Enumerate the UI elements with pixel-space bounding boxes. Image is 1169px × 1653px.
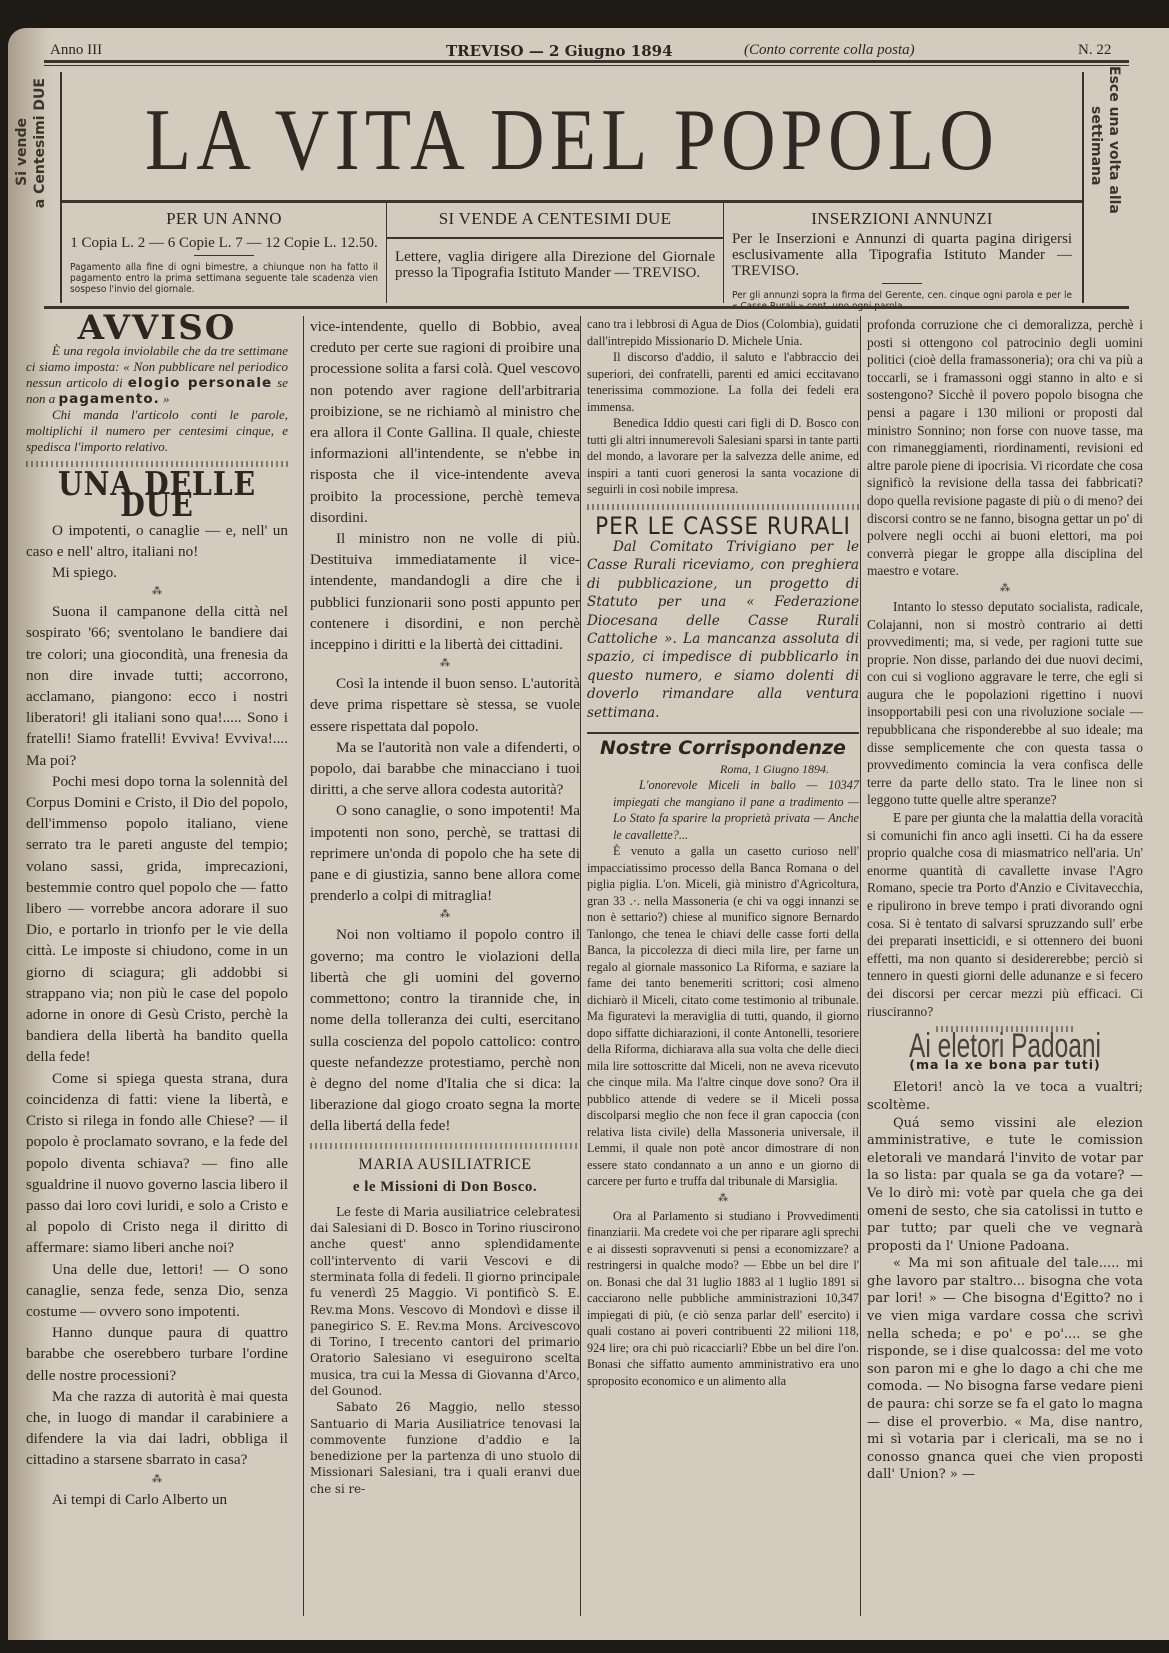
column-2: vice-intendente, quello di Bobbio, avea … bbox=[303, 316, 580, 1616]
article-heading-una-delle-due: UNA DELLE DUE bbox=[44, 473, 269, 515]
side-note-right-line2: settimana bbox=[1088, 106, 1104, 185]
paragraph: Mi spiego. bbox=[26, 562, 288, 583]
asterism-icon: ⁂ bbox=[587, 1194, 859, 1204]
newspaper-title: LA VITA DEL POPOLO bbox=[133, 90, 1010, 191]
article-heading-corrispondenze: Nostre Corrispondenze bbox=[587, 732, 859, 757]
article-heading-eletori-padoani: Ai eletori Padoani bbox=[906, 1038, 1105, 1056]
paragraph: Benedica Iddio questi cari figli di D. B… bbox=[587, 415, 859, 498]
side-note-right-line1: Esce una volta alla bbox=[1106, 66, 1122, 214]
paragraph: cano tra i lebbrosi di Agua de Dios (Col… bbox=[587, 316, 859, 349]
paragraph: O impotenti, o canaglie — e, nell' un ca… bbox=[26, 520, 288, 562]
paragraph: « Ma mi son afituale del tale..... mi gh… bbox=[867, 1255, 1143, 1484]
column-3: cano tra i lebbrosi di Agua de Dios (Col… bbox=[580, 316, 859, 1616]
paragraph: Pochi mesi dopo torna la solennità del C… bbox=[26, 771, 288, 1068]
issue-number: N. 22 bbox=[1078, 42, 1111, 59]
asterism-icon: ⁂ bbox=[867, 584, 1143, 594]
asterism-icon: ⁂ bbox=[26, 1475, 288, 1485]
sale-text: Lettere, vaglia dirigere alla Direzione … bbox=[387, 249, 723, 281]
sale-heading: SI VENDE A CENTESIMI DUE bbox=[387, 209, 723, 239]
info-bar: PER UN ANNO 1 Copia L. 2 — 6 Copie L. 7 … bbox=[60, 200, 1084, 303]
paragraph: profonda corruzione che ci demoralizza, … bbox=[867, 316, 1143, 580]
side-note-left: Si vende a Centesimi DUE bbox=[12, 78, 56, 308]
divider bbox=[194, 255, 254, 256]
paragraph: Noi non voltiamo il popolo contro il gov… bbox=[310, 924, 580, 1136]
top-rule bbox=[44, 60, 1129, 66]
paragraph: Una delle due, lettori! — O sono canagli… bbox=[26, 1259, 288, 1323]
asterism-icon: ⁂ bbox=[310, 659, 580, 669]
wavy-divider bbox=[310, 1143, 580, 1149]
paragraph: Ora al Parlamento si studiano i Provvedi… bbox=[587, 1208, 859, 1390]
subscription-prices: 1 Copia L. 2 — 6 Copie L. 7 — 12 Copie L… bbox=[62, 235, 386, 251]
ads-note: Per gli annunzi sopra la firma del Geren… bbox=[724, 288, 1080, 314]
paragraph: Eletori! ancò la ve toca a vualtri; scol… bbox=[867, 1079, 1143, 1114]
divider bbox=[882, 283, 922, 284]
subscription-note: Pagamento alla fine di ogni bimestre, a … bbox=[62, 260, 386, 297]
wavy-divider bbox=[587, 504, 859, 510]
postal-note: (Conto corrente colla posta) bbox=[744, 42, 915, 59]
paragraph: Ai tempi di Carlo Alberto un bbox=[26, 1489, 288, 1510]
paragraph: Ma che razza di autorità è mai questa ch… bbox=[26, 1386, 288, 1471]
paragraph: Hanno dunque paura di quattro barabbe ch… bbox=[26, 1322, 288, 1386]
ads-box: INSERZIONI ANNUNZI Per le Inserzioni e A… bbox=[724, 203, 1080, 303]
side-note-left-line2: a Centesimi DUE bbox=[32, 78, 48, 208]
side-note-left-line1: Si vende bbox=[14, 118, 30, 186]
paragraph: O sono canaglie, o sono impotenti! Ma im… bbox=[310, 800, 580, 906]
paragraph: Ma se l'autorità non vale a difenderti, … bbox=[310, 737, 580, 801]
column-1: AVVISO È una regola inviolabile che da t… bbox=[26, 316, 288, 1616]
article-heading-casse-rurali: PER LE CASSE RURALI bbox=[587, 518, 859, 535]
ads-text: Per le Inserzioni e Annunzi di quarta pa… bbox=[724, 231, 1080, 279]
paragraph: Quá semo vissini ale elezion amministrat… bbox=[867, 1115, 1143, 1256]
issue-date: TREVISO — 2 Giugno 1894 bbox=[446, 42, 673, 60]
subscription-box: PER UN ANNO 1 Copia L. 2 — 6 Copie L. 7 … bbox=[62, 203, 387, 303]
avviso-text: È una regola inviolabile che da tre sett… bbox=[26, 343, 288, 455]
asterism-icon: ⁂ bbox=[26, 587, 288, 597]
avviso-heading: AVVISO bbox=[26, 318, 288, 339]
sale-box: SI VENDE A CENTESIMI DUE Lettere, vaglia… bbox=[387, 203, 724, 303]
paragraph: Suona il campanone della città nel sospi… bbox=[26, 601, 288, 771]
issue-year: Anno III bbox=[50, 42, 102, 59]
article-summary: L'onorevole Miceli in ballo — 10347 impi… bbox=[587, 777, 859, 843]
paragraph: Intanto lo stesso deputato socialista, r… bbox=[867, 598, 1143, 809]
subscription-heading: PER UN ANNO bbox=[62, 209, 386, 229]
paragraph: Così la intende il buon senso. L'autorit… bbox=[310, 673, 580, 737]
paragraph: Sabato 26 Maggio, nello stesso Santuario… bbox=[310, 1399, 580, 1497]
newspaper-page: Anno III TREVISO — 2 Giugno 1894 (Conto … bbox=[8, 28, 1169, 1640]
ads-heading: INSERZIONI ANNUNZI bbox=[724, 209, 1080, 229]
side-note-right: Esce una volta alla settimana bbox=[1084, 66, 1128, 306]
article-subheading-missioni: e le Missioni di Don Bosco. bbox=[310, 1177, 580, 1198]
paragraph: E pare per giunta che la malattia della … bbox=[867, 809, 1143, 1020]
paragraph: Come si spiega questa strana, dura coinc… bbox=[26, 1068, 288, 1259]
column-4: profonda corruzione che ci demoralizza, … bbox=[860, 316, 1143, 1616]
asterism-icon: ⁂ bbox=[310, 910, 580, 920]
masthead: LA VITA DEL POPOLO bbox=[60, 72, 1084, 200]
paragraph: È venuto a galla un casetto curioso nell… bbox=[587, 843, 859, 1190]
paragraph: Il ministro non ne volle di più. Destitu… bbox=[310, 528, 580, 655]
paragraph: Le feste di Maria ausiliatrice celebrate… bbox=[310, 1204, 580, 1400]
article-heading-maria-ausiliatrice: MARIA AUSILIATRICE bbox=[310, 1155, 580, 1175]
paragraph: Dal Comitato Trivigiano per le Casse Rur… bbox=[587, 538, 859, 722]
dateline: Roma, 1 Giugno 1894. bbox=[587, 761, 859, 778]
paragraph: vice-intendente, quello di Bobbio, avea … bbox=[310, 316, 580, 528]
paragraph: Il discorso d'addio, il saluto e l'abbra… bbox=[587, 349, 859, 415]
